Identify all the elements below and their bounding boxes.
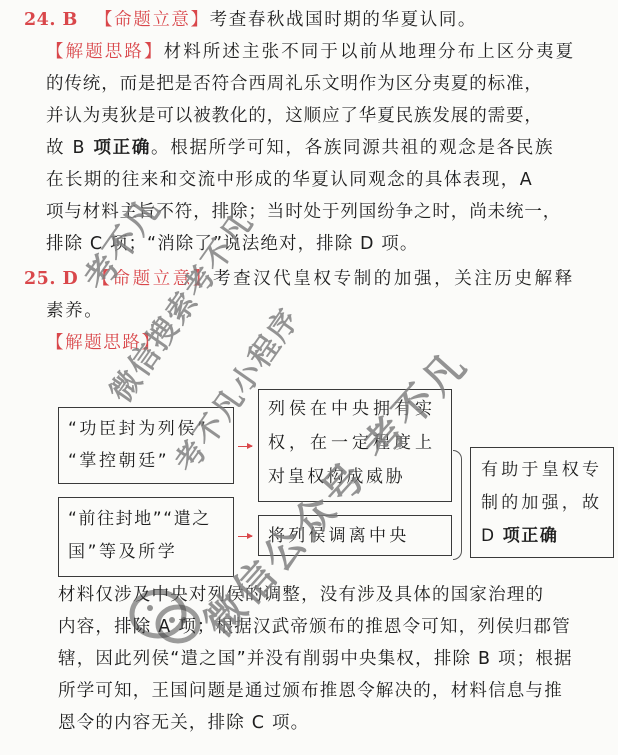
- q24-text-line: 并认为夷狄是可以被教化的，这顺应了华夏民族发展的需要，: [46, 105, 543, 127]
- q25-intent-label: 【命题立意】: [92, 269, 213, 289]
- diagram-box-evidence-1: “功臣封为列侯” “掌控朝廷”: [58, 407, 234, 484]
- q25-number: 25. D: [24, 269, 78, 289]
- diagram-box-evidence-2: “前往封地”“遣之 国”等及所学: [58, 497, 234, 577]
- diagram-box-action: 将列侯调离中央: [258, 515, 452, 556]
- arrow-right-icon: [238, 536, 252, 537]
- q24-conclusion-prefix: 故 B: [46, 138, 93, 158]
- q24-text-line: 故 B 项正确。根据所学可知，各族同源共祖的观念是各民族: [46, 137, 554, 159]
- q24-text-line: 的传统，而是把是否符合西周礼乐文明作为区分夷夏的标准，: [46, 73, 543, 95]
- q25-text-line: 内容，排除 A 项；根据汉武帝颁布的推恩令可知，列侯归郡管: [58, 616, 571, 638]
- q24-text-line: 在长期的往来和交流中形成的华夏认同观念的具体表现，A: [46, 169, 533, 191]
- diagram-text: “功臣封为列侯”: [68, 418, 208, 440]
- diagram-text: 列侯在中央拥有实: [268, 398, 436, 420]
- diagram-text: “前往封地”“遣之: [68, 508, 211, 530]
- q24-intent-text: 考查春秋战国时期的华夏认同。: [210, 10, 477, 30]
- diagram-text: “掌控朝廷”: [68, 450, 169, 472]
- diagram-text: 有助于皇权专: [481, 459, 602, 481]
- curly-brace-icon: [453, 450, 462, 560]
- arrow-right-icon: [238, 446, 252, 447]
- q24-intent-label: 【命题立意】: [95, 10, 210, 30]
- diagram-text: D 项正确: [481, 525, 559, 547]
- diagram-text: 将列侯调离中央: [268, 525, 409, 547]
- q24-header: 24. B 【命题立意】考查春秋战国时期的华夏认同。: [24, 9, 477, 31]
- q24-text-line: 项与材料主旨不符，排除；当时处于列国纷争之时，尚未统一，: [46, 201, 561, 223]
- q25-text-line: 恩令的内容无关，排除 C 项。: [58, 712, 309, 734]
- q24-approach-line-1: 【解题思路】材料所述主张不同于以前从地理分布上区分夷夏: [46, 41, 575, 63]
- q25-text-line: 材料仅涉及中央对列侯的调整，没有涉及具体的国家治理的: [58, 584, 544, 606]
- q24-text-line: 排除 C 项；“消除了”说法绝对，排除 D 项。: [46, 233, 418, 255]
- q24-text-line: 材料所述主张不同于以前从地理分布上区分夷夏: [164, 42, 576, 62]
- diagram-text: 对皇权构成威胁: [268, 466, 405, 488]
- q25-intent-text: 考查汉代皇权专制的加强，关注历史解释: [213, 269, 575, 289]
- q24-number: 24. B: [24, 10, 78, 30]
- q25-approach-label: 【解题思路】: [46, 332, 161, 354]
- q24-approach-label: 【解题思路】: [46, 42, 164, 62]
- diagram-text: 国”等及所学: [68, 541, 177, 563]
- diagram-box-analysis: 列侯在中央拥有实 权，在一定程度上 对皇权构成威胁: [258, 389, 452, 502]
- diagram-text: 权，在一定程度上: [268, 432, 436, 454]
- diagram-text: 制的加强，故: [481, 492, 602, 514]
- diagram-box-conclusion: 有助于皇权专 制的加强，故 D 项正确: [470, 447, 614, 558]
- diagram-text-bold: 项正确: [503, 526, 559, 546]
- q25-intent-text-2: 素养。: [46, 300, 103, 322]
- q25-text-line: 所学可知，王国问题是通过颁布推恩令解决的，材料信息与推: [58, 680, 563, 702]
- diagram-text-prefix: D: [481, 526, 503, 546]
- q25-header: 25. D 【命题立意】考查汉代皇权专制的加强，关注历史解释: [24, 268, 575, 290]
- q24-text-segment: 。根据所学可知，各族同源共祖的观念是各民族: [151, 138, 554, 158]
- q25-text-line: 辖，因此列侯“遣之国”并没有削弱中央集权，排除 B 项；根据: [58, 648, 573, 670]
- q24-conclusion-bold: 项正确: [93, 138, 151, 158]
- answer-explanation-page: 24. B 【命题立意】考查春秋战国时期的华夏认同。 【解题思路】材料所述主张不…: [0, 0, 618, 755]
